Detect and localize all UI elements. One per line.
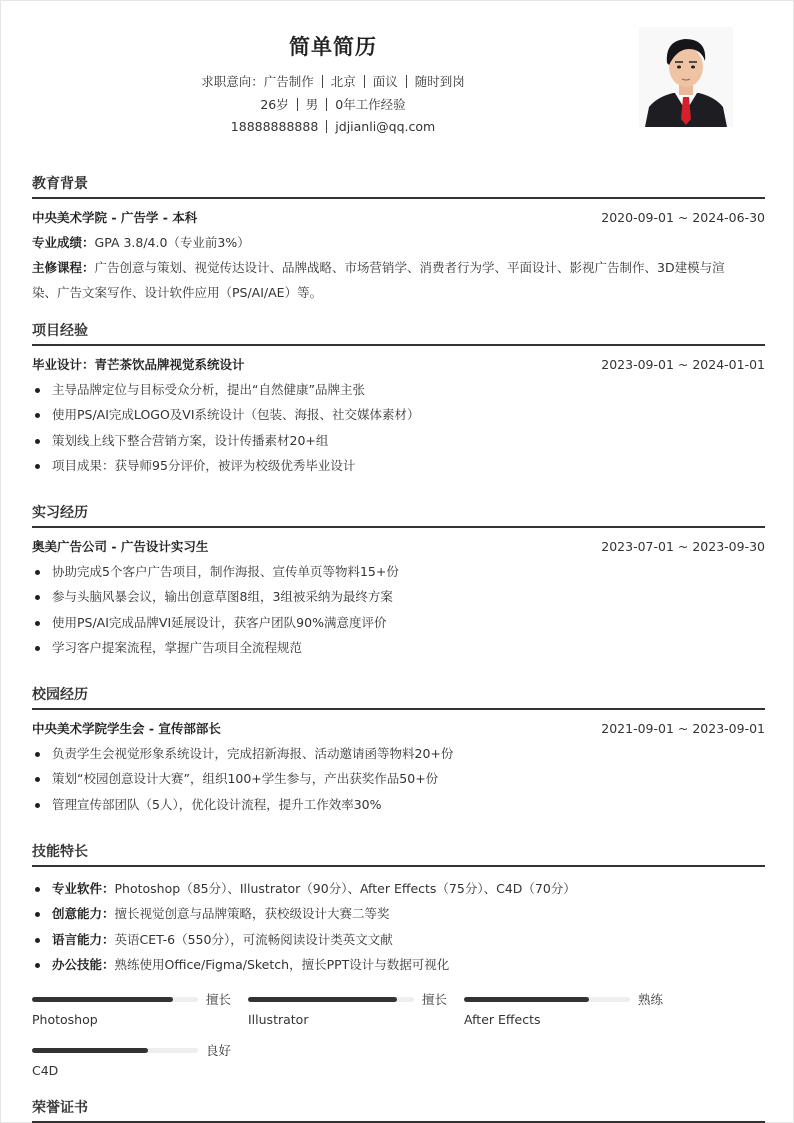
avatar [639, 27, 733, 127]
avatar-photo-icon [639, 27, 733, 127]
campus-entry-header: 中央美术学院学生会 - 宣传部部长 2021-09-01 ~ 2023-09-0… [32, 720, 765, 738]
section-title: 技能特长 [32, 841, 765, 863]
list-item: 学习客户提案流程，掌握广告项目全流程规范 [32, 635, 765, 661]
skill-bar-item: 良好 C4D [32, 1045, 232, 1085]
skill-label: 创意能力： [52, 906, 115, 921]
section-divider [32, 197, 765, 199]
project-bullets: 主导品牌定位与目标受众分析，提出“自然健康”品牌主张 使用PS/AI完成LOGO… [32, 377, 765, 479]
education-entry-header: 中央美术学院 - 广告学 - 本科 2020-09-01 ~ 2024-06-3… [32, 209, 765, 227]
section-title: 荣誉证书 [32, 1097, 765, 1119]
section-title: 项目经验 [32, 320, 765, 342]
gpa-label: 专业成绩： [32, 235, 95, 250]
progress-fill [248, 997, 397, 1002]
progress-fill [32, 997, 173, 1002]
section-divider [32, 344, 765, 346]
list-item: 主导品牌定位与目标受众分析，提出“自然健康”品牌主张 [32, 377, 765, 403]
list-item: 项目成果：获导师95分评价，被评为校级优秀毕业设计 [32, 453, 765, 479]
internship-section: 实习经历 奥美广告公司 - 广告设计实习生 2023-07-01 ~ 2023-… [32, 502, 765, 661]
skill-bar-item: 熟练 After Effects [464, 994, 664, 1034]
company-name: 奥美广告公司 - 广告设计实习生 [32, 538, 208, 556]
skill-label: 语言能力： [52, 932, 115, 947]
resume-title: 简单简历 [1, 31, 665, 61]
campus-bullets: 负责学生会视觉形象系统设计，完成招新海报、活动邀请函等物料20+份 策划“校园创… [32, 741, 765, 818]
campus-date: 2021-09-01 ~ 2023-09-01 [601, 720, 765, 738]
skill-name: After Effects [464, 1012, 540, 1027]
list-item: 创意能力：擅长视觉创意与品牌策略，获校级设计大赛二等奖 [32, 901, 765, 927]
education-section: 教育背景 中央美术学院 - 广告学 - 本科 2020-09-01 ~ 2024… [32, 173, 765, 305]
list-item: 管理宣传部团队（5人），优化设计流程，提升工作效率30% [32, 792, 765, 818]
skill-text: 英语CET-6（550分），可流畅阅读设计类英文文献 [115, 932, 393, 947]
courses-line-2: 染、广告文案写作、设计软件应用（PS/AI/AE）等。 [32, 280, 765, 305]
resume-header: 简单简历 求职意向：广告制作北京面议随时到岗 26岁男0年工作经验 188888… [1, 1, 794, 151]
age: 26岁 [260, 97, 288, 112]
progress-track [32, 1048, 198, 1053]
progress-fill [464, 997, 589, 1002]
internship-date: 2023-07-01 ~ 2023-09-30 [601, 538, 765, 556]
skill-bar-item: 擅长 Photoshop [32, 994, 232, 1034]
list-item: 负责学生会视觉形象系统设计，完成招新海报、活动邀请函等物料20+份 [32, 741, 765, 767]
gender: 男 [306, 97, 319, 112]
list-item: 策划“校园创意设计大赛”，组织100+学生参与，产出获奖作品50+份 [32, 766, 765, 792]
list-item: 使用PS/AI完成LOGO及VI系统设计（包装、海报、社交媒体素材） [32, 402, 765, 428]
education-date: 2020-09-01 ~ 2024-06-30 [601, 209, 765, 227]
list-item: 专业软件：Photoshop（85分）、Illustrator（90分）、Aft… [32, 876, 765, 902]
progress-fill [32, 1048, 148, 1053]
list-item: 协助完成5个客户广告项目，制作海报、宣传单页等物料15+份 [32, 559, 765, 585]
honors-section: 荣誉证书 [32, 1097, 765, 1123]
intent-availability: 随时到岗 [415, 74, 465, 89]
courses-text-1: 广告创意与策划、视觉传达设计、品牌战略、市场营销学、消费者行为学、平面设计、影视… [95, 260, 725, 275]
contact-line: 18888888888jdjianli@qq.com [1, 119, 665, 134]
gpa-line: 专业成绩：GPA 3.8/4.0（专业前3%） [32, 230, 765, 255]
section-title: 实习经历 [32, 502, 765, 524]
section-divider [32, 865, 765, 867]
experience-years: 0年工作经验 [335, 97, 405, 112]
section-title: 校园经历 [32, 684, 765, 706]
section-divider [32, 526, 765, 528]
section-divider [32, 708, 765, 710]
skill-name: Illustrator [248, 1012, 308, 1027]
skill-level: 擅长 [206, 990, 231, 1008]
list-item: 办公技能：熟练使用Office/Figma/Sketch，擅长PPT设计与数据可… [32, 952, 765, 978]
progress-track [248, 997, 414, 1002]
skill-label: 办公技能： [52, 957, 115, 972]
skill-bar-item: 擅长 Illustrator [248, 994, 448, 1034]
resume-page: 简单简历 求职意向：广告制作北京面议随时到岗 26岁男0年工作经验 188888… [0, 0, 794, 1123]
intent-city: 北京 [331, 74, 356, 89]
basic-info-line: 26岁男0年工作经验 [1, 95, 665, 113]
skill-name: C4D [32, 1063, 58, 1078]
list-item: 参与头脑风暴会议，输出创意草图8组，3组被采纳为最终方案 [32, 584, 765, 610]
projects-section: 项目经验 毕业设计：青芒茶饮品牌视觉系统设计 2023-09-01 ~ 2024… [32, 320, 765, 479]
progress-track [464, 997, 630, 1002]
phone: 18888888888 [231, 119, 318, 134]
skills-bullets: 专业软件：Photoshop（85分）、Illustrator（90分）、Aft… [32, 876, 765, 978]
skill-level: 良好 [206, 1041, 231, 1059]
section-title: 教育背景 [32, 173, 765, 195]
internship-bullets: 协助完成5个客户广告项目，制作海报、宣传单页等物料15+份 参与头脑风暴会议，输… [32, 559, 765, 661]
intent-position: 广告制作 [264, 74, 314, 89]
list-item: 使用PS/AI完成品牌VI延展设计，获客户团队90%满意度评价 [32, 610, 765, 636]
email: jdjianli@qq.com [335, 119, 435, 134]
courses-label: 主修课程： [32, 260, 95, 275]
skill-level: 擅长 [422, 990, 447, 1008]
project-entry-header: 毕业设计：青芒茶饮品牌视觉系统设计 2023-09-01 ~ 2024-01-0… [32, 356, 765, 374]
list-item: 语言能力：英语CET-6（550分），可流畅阅读设计类英文文献 [32, 927, 765, 953]
campus-section: 校园经历 中央美术学院学生会 - 宣传部部长 2021-09-01 ~ 2023… [32, 684, 765, 817]
skill-text: 擅长视觉创意与品牌策略，获校级设计大赛二等奖 [115, 906, 390, 921]
intent-salary: 面议 [373, 74, 398, 89]
section-divider [32, 1121, 765, 1123]
organization-name: 中央美术学院学生会 - 宣传部部长 [32, 720, 221, 738]
school-name: 中央美术学院 - 广告学 - 本科 [32, 209, 197, 227]
skill-label: 专业软件： [52, 881, 115, 896]
progress-track [32, 997, 198, 1002]
skill-text: Photoshop（85分）、Illustrator（90分）、After Ef… [115, 881, 576, 896]
intent-label: 求职意向： [201, 74, 264, 89]
skills-section: 技能特长 专业软件：Photoshop（85分）、Illustrator（90分… [32, 841, 765, 978]
skill-name: Photoshop [32, 1012, 98, 1027]
internship-entry-header: 奥美广告公司 - 广告设计实习生 2023-07-01 ~ 2023-09-30 [32, 538, 765, 556]
list-item: 策划线上线下整合营销方案，设计传播素材20+组 [32, 428, 765, 454]
project-date: 2023-09-01 ~ 2024-01-01 [601, 356, 765, 374]
job-intent-line: 求职意向：广告制作北京面议随时到岗 [1, 72, 665, 90]
project-name: 毕业设计：青芒茶饮品牌视觉系统设计 [32, 356, 245, 374]
skill-text: 熟练使用Office/Figma/Sketch，擅长PPT设计与数据可视化 [115, 957, 450, 972]
skill-level: 熟练 [638, 990, 663, 1008]
gpa-value: GPA 3.8/4.0（专业前3%） [95, 235, 250, 250]
courses-line: 主修课程：广告创意与策划、视觉传达设计、品牌战略、市场营销学、消费者行为学、平面… [32, 255, 765, 280]
